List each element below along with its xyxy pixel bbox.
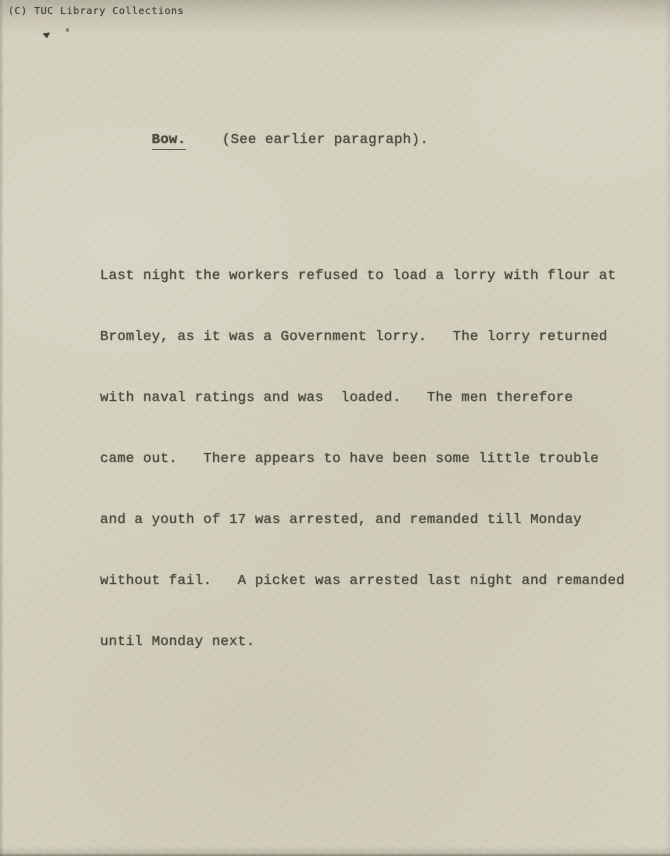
library-watermark: (C) TUC Library Collections bbox=[8, 6, 184, 17]
text-line: with naval ratings and was loaded. The m… bbox=[100, 384, 640, 413]
text-line: without fail. A picket was arrested last… bbox=[100, 567, 640, 596]
ink-speck bbox=[66, 28, 69, 32]
scanned-document-page: (C) TUC Library Collections ▼ Bow.(See e… bbox=[0, 0, 670, 856]
document-heading: Bow.(See earlier paragraph). bbox=[100, 116, 640, 164]
typed-text-block: Bow.(See earlier paragraph). Last night … bbox=[100, 68, 640, 737]
check-mark-icon: ▼ bbox=[42, 31, 51, 42]
heading-note: (See earlier paragraph). bbox=[222, 132, 428, 148]
text-line: Last night the workers refused to load a… bbox=[100, 262, 640, 291]
text-line: came out. There appears to have been som… bbox=[100, 445, 640, 474]
text-line: until Monday next. bbox=[100, 628, 640, 657]
text-line: Bromley, as it was a Government lorry. T… bbox=[100, 323, 640, 352]
heading-title: Bow. bbox=[152, 132, 186, 150]
paragraph: Last night the workers refused to load a… bbox=[100, 230, 640, 689]
text-line: and a youth of 17 was arrested, and rema… bbox=[100, 506, 640, 535]
